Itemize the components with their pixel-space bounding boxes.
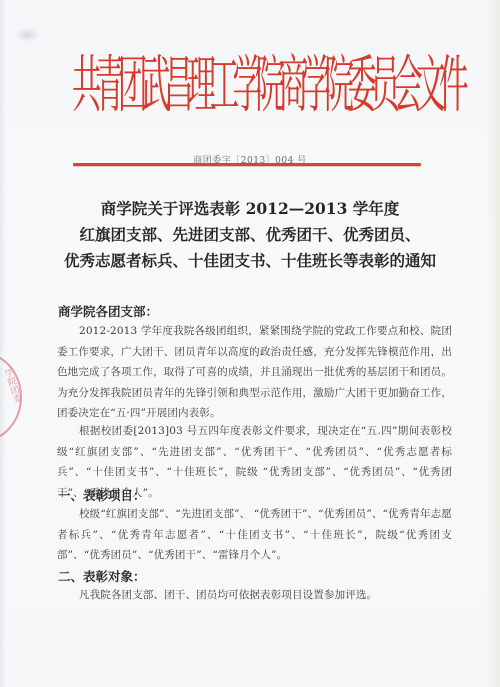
seal-text: 学院团委 (2, 367, 22, 404)
notice-title-line-2: 红旗团支部、先进团支部、优秀团干、优秀团员、 (0, 222, 500, 248)
section-body-awards: 校级“红旗团支部”、“先进团支部”、 “优秀团干”、“优秀团员”、“优秀青年志愿… (57, 504, 452, 566)
section-heading-eligibility: 二、表彰对象： (58, 567, 146, 585)
salutation: 商学院各团支部： (58, 302, 158, 320)
red-header-title: 共青团武昌理工学院商学院委员会文件 (72, 24, 335, 148)
scan-edge-right (486, 0, 500, 687)
red-divider-line (73, 163, 421, 166)
section-heading-awards: 一、表彰项目： (58, 486, 146, 504)
notice-title-line-3: 优秀志愿者标兵、十佳团支书、十佳班长等表彰的通知 (0, 248, 500, 274)
official-seal-stamp: 学院团委 (0, 352, 22, 442)
body-paragraph-1: 2012-2013 学年度我院各级团组织，紧紧围绕学院的党政工作要点和校、院团委… (57, 321, 452, 424)
section-body-eligibility: 凡我院各团支部、团干、团员均可依据表彰项目设置参加评选。 (57, 585, 452, 606)
scan-smudge (14, 28, 40, 42)
notice-title-line-1: 商学院关于评选表彰 2012—2013 学年度 (0, 196, 500, 222)
notice-title: 商学院关于评选表彰 2012—2013 学年度 红旗团支部、先进团支部、优秀团干… (0, 196, 500, 274)
document-page: 共青团武昌理工学院商学院委员会文件 商团委字［2013］004 号 商学院关于评… (0, 0, 500, 687)
scan-edge-left (0, 0, 6, 687)
